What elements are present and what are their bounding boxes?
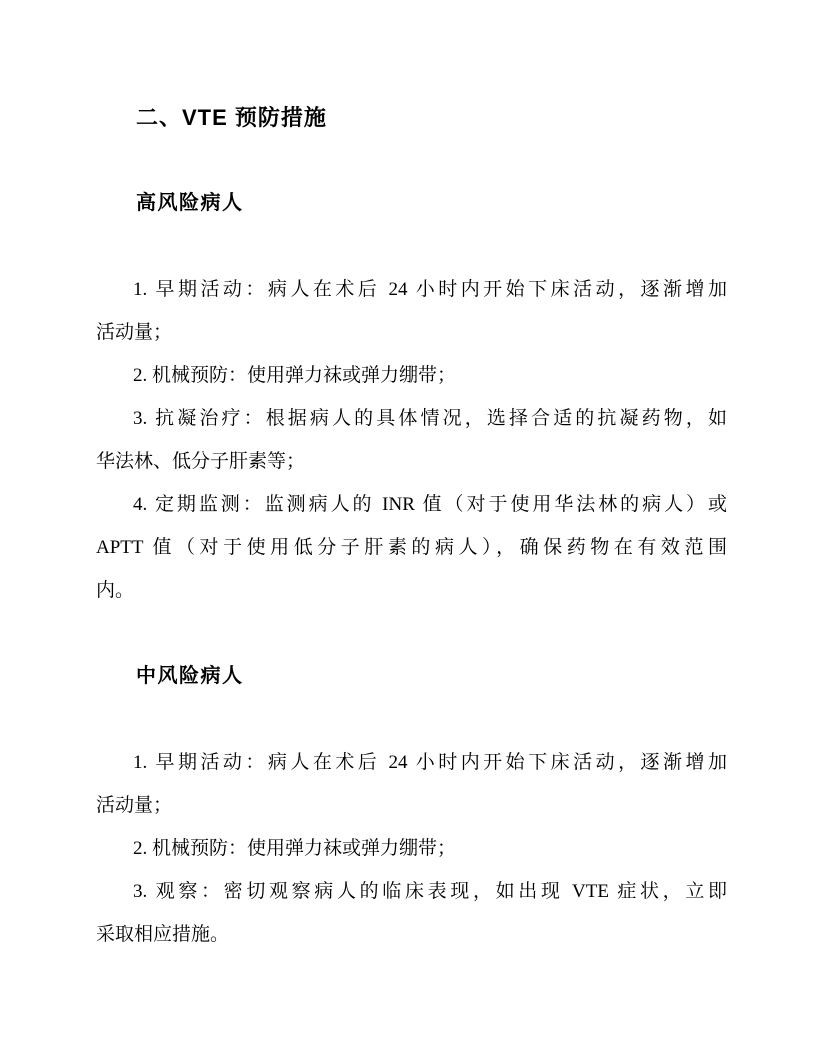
paragraph: 1. 早期活动：病人在术后 24 小时内开始下床活动，逐渐增加 活动量； — [96, 268, 727, 354]
section-heading-high-risk: 高风险病人 — [96, 182, 727, 225]
paragraph: 1. 早期活动：病人在术后 24 小时内开始下床活动，逐渐增加 活动量； — [96, 741, 727, 827]
paragraph: 3. 观察：密切观察病人的临床表现，如出现 VTE 症状，立即 采取相应措施。 — [96, 870, 727, 956]
paragraph-line: 2. 机械预防：使用弹力袜或弹力绷带； — [96, 827, 727, 870]
paragraph: 3. 抗凝治疗：根据病人的具体情况，选择合适的抗凝药物，如 华法林、低分子肝素等… — [96, 397, 727, 483]
paragraph-line: 3. 抗凝治疗：根据病人的具体情况，选择合适的抗凝药物，如 — [96, 397, 727, 440]
document-title: 二、VTE 预防措施 — [96, 96, 727, 139]
paragraph-line: 3. 观察：密切观察病人的临床表现，如出现 VTE 症状，立即 — [96, 870, 727, 913]
paragraph: 4. 定期监测：监测病人的 INR 值（对于使用华法林的病人）或 APTT 值（… — [96, 483, 727, 612]
paragraph-line: 2. 机械预防：使用弹力袜或弹力绷带； — [96, 354, 727, 397]
paragraph: 2. 机械预防：使用弹力袜或弹力绷带； — [96, 827, 727, 870]
paragraph-line: 1. 早期活动：病人在术后 24 小时内开始下床活动，逐渐增加 — [96, 741, 727, 784]
paragraph-line: 采取相应措施。 — [96, 913, 727, 956]
paragraph-line: 内。 — [96, 569, 727, 612]
section-heading-medium-risk: 中风险病人 — [96, 655, 727, 698]
document-page: 二、VTE 预防措施 高风险病人 1. 早期活动：病人在术后 24 小时内开始下… — [0, 0, 816, 1056]
paragraph-line: 华法林、低分子肝素等； — [96, 440, 727, 483]
paragraph-line: 活动量； — [96, 311, 727, 354]
paragraph-line: 1. 早期活动：病人在术后 24 小时内开始下床活动，逐渐增加 — [96, 268, 727, 311]
paragraph-line: 4. 定期监测：监测病人的 INR 值（对于使用华法林的病人）或 — [96, 483, 727, 526]
paragraph-line: 活动量； — [96, 784, 727, 827]
paragraph-line: APTT 值（对于使用低分子肝素的病人），确保药物在有效范围 — [96, 526, 727, 569]
paragraph: 2. 机械预防：使用弹力袜或弹力绷带； — [96, 354, 727, 397]
